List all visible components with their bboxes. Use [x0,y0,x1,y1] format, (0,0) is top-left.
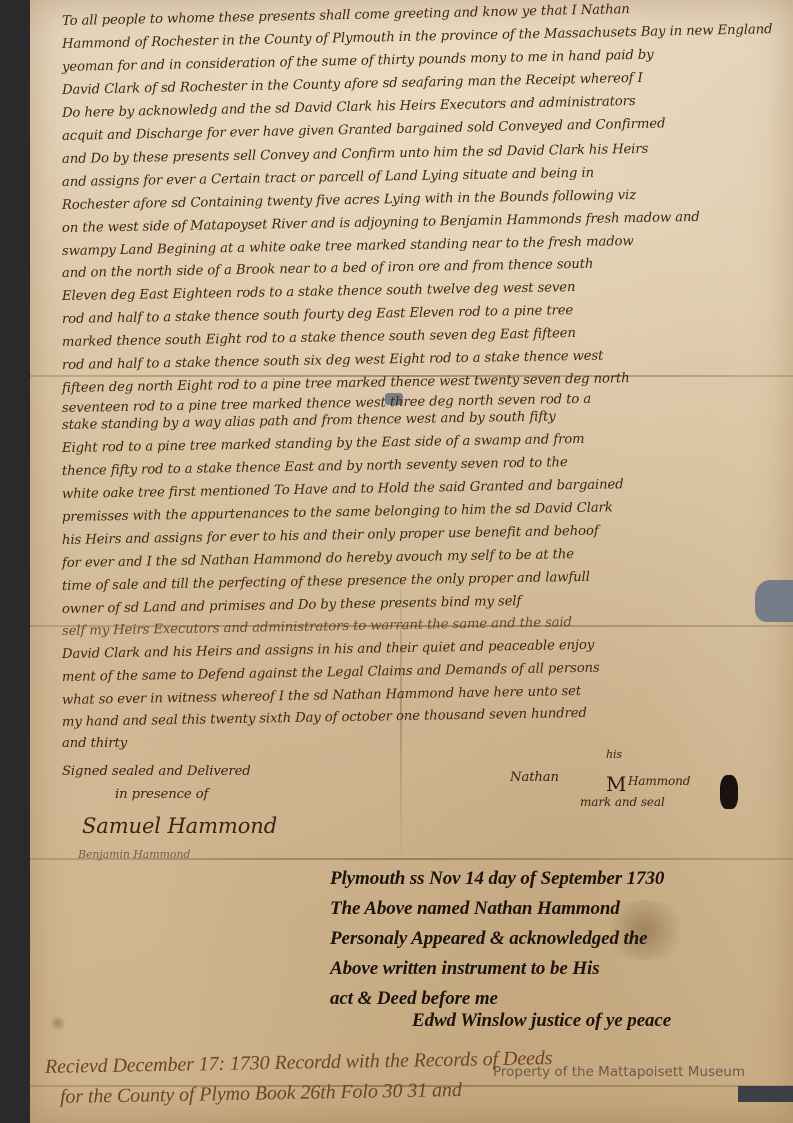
ack-line: act & Deed before me [330,988,498,1010]
paper-tear [738,1086,793,1102]
deed-line: and thirty [62,736,127,751]
ink-stain [50,1015,66,1031]
ack-line: Personaly Appeared & acknowledged the [330,928,648,950]
ack-line: The Above named Nathan Hammond [330,898,620,920]
witness-heading: Signed sealed and Delivered [62,764,251,779]
ack-line: Above written instrument to be His [330,958,600,980]
witness-heading: in presence of [115,787,208,802]
grantor-name: Nathan [510,770,559,785]
witness-signature: Samuel Hammond [82,814,277,838]
grantor-his: his [606,748,622,761]
museum-watermark: Property of the Mattapoisett Museum [493,1064,745,1080]
wax-seal [720,775,738,809]
grantor-name: Hammond [628,774,690,788]
witness-signature: Benjamin Hammond [78,848,190,861]
mark-caption: mark and seal [580,795,665,809]
grantor-mark: M [606,772,626,796]
paper-fold-vertical [400,540,402,870]
paper-tear [755,580,793,622]
justice-signature: Edwd Winslow justice of ye peace [412,1010,671,1032]
ack-line: Plymouth ss Nov 14 day of September 1730 [330,868,664,890]
